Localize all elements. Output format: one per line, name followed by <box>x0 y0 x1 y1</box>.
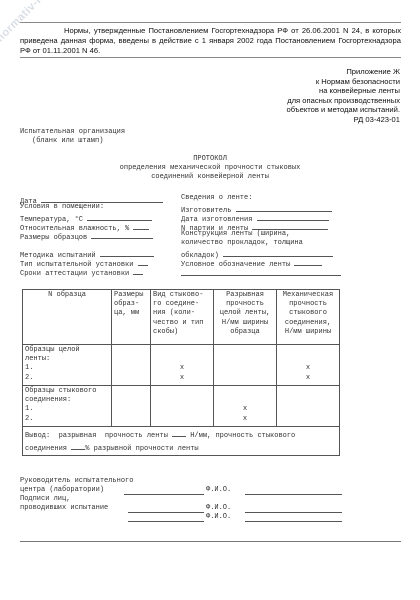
organization-label: Испытательная организация <box>20 128 125 137</box>
fio-label: Ф.И.О. <box>206 486 231 495</box>
signature-tester-1-line[interactable] <box>128 512 204 513</box>
appendix-line: объектов и методам испытаний. <box>287 105 400 115</box>
protocol-subtitle-2: соединений конвейерной ленты <box>0 173 420 182</box>
field-construction-input[interactable] <box>223 248 333 257</box>
field-sample-size: Размеры образцов <box>20 230 153 243</box>
protocol-subtitle-1: определения механической прочности стыко… <box>0 164 420 173</box>
field-manufacturer-input[interactable] <box>236 203 332 212</box>
header-belt-strength: Разрывная прочность целой ленты, Н/мм ши… <box>214 290 277 345</box>
field-construction: Конструкция ленты (ширина, <box>181 230 290 239</box>
header-joint-type: Вид стыково- го соедине- ния (коли- чест… <box>151 290 214 345</box>
top-divider <box>20 22 401 23</box>
fio-tester-1-line[interactable] <box>245 512 342 513</box>
table-row: Образцы целой ленты: 1. 2. x x x x <box>23 345 340 386</box>
table-cell[interactable]: x x <box>151 345 214 386</box>
conclusion-text-4: % разрывной прочности ленты <box>85 445 198 453</box>
field-construction-cont: количество прокладок, толщина <box>181 239 303 248</box>
fio-tester-2-line[interactable] <box>245 521 342 522</box>
protocol-heading: ПРОТОКОЛ <box>0 155 420 164</box>
organization-stamp: (бланк или штамп) <box>32 137 103 146</box>
norms-notice: Нормы, утвержденные Постановлением Госго… <box>20 26 401 56</box>
fio-label: Ф.И.О. <box>206 513 231 522</box>
signature-head-label-1: Руководитель испытательного <box>20 477 133 486</box>
bottom-divider <box>20 541 401 542</box>
appendix-doc-code: РД 03-423-01 <box>287 115 400 125</box>
conclusion-text-3: соединения <box>25 445 67 453</box>
fio-head-line[interactable] <box>245 494 342 495</box>
field-manufacture-date-input[interactable] <box>257 212 329 221</box>
table-header-row: N образца Размеры образ- ца, мм Вид стык… <box>23 290 340 345</box>
row-label-joint: Образцы стыкового соединения: 1. 2. <box>23 386 112 427</box>
field-designation-extra-line[interactable] <box>181 275 341 276</box>
appendix-title: Приложение Ж <box>287 67 400 77</box>
table-cell[interactable]: x x <box>277 345 340 386</box>
field-method-input[interactable] <box>100 248 154 257</box>
field-certification: Сроки аттестации установки <box>20 266 143 279</box>
signature-testers-label-2: проводивших испытание <box>20 504 108 513</box>
notice-divider <box>20 57 401 58</box>
field-certification-input[interactable] <box>133 266 143 275</box>
header-sample-no: N образца <box>23 290 112 345</box>
field-designation-label: Условное обозначение ленты <box>181 261 290 269</box>
table-cell[interactable] <box>112 386 151 427</box>
appendix-line: на конвейерные ленты <box>287 86 400 96</box>
signature-testers-label-1: Подписи лиц, <box>20 495 70 504</box>
signature-head-line[interactable] <box>124 494 204 495</box>
header-sample-size: Размеры образ- ца, мм <box>112 290 151 345</box>
field-sample-size-input[interactable] <box>91 230 153 239</box>
appendix-line: к Нормам безопасности <box>287 77 400 87</box>
header-joint-strength: Механическая прочность стыкового соедине… <box>277 290 340 345</box>
field-designation: Условное обозначение ленты <box>181 257 322 270</box>
table-cell[interactable] <box>214 345 277 386</box>
table-cell[interactable]: x x <box>214 386 277 427</box>
appendix-line: для опасных производственных <box>287 96 400 106</box>
table-row: Образцы стыкового соединения: 1. 2. x x <box>23 386 340 427</box>
belt-strength-input[interactable] <box>172 428 186 437</box>
fio-label: Ф.И.О. <box>206 504 231 513</box>
field-batch-input[interactable] <box>252 221 328 230</box>
joint-percent-input[interactable] <box>71 441 85 450</box>
field-rig-type-input[interactable] <box>138 257 148 266</box>
signature-head-label-2: центра (лаборатории) <box>20 486 104 495</box>
conclusion-text-2: Н/мм, прочность стыкового <box>190 432 295 440</box>
norms-line-2: приведена данная форма, введены в действ… <box>20 36 335 45</box>
conclusion-row: Вывод: разрывная прочность ленты Н/мм, п… <box>23 427 340 456</box>
norms-line-1: Нормы, утвержденные Постановлением Госго… <box>64 26 401 35</box>
field-conditions: Условия в помещении: <box>20 203 104 212</box>
row-label-whole-belt: Образцы целой ленты: 1. 2. <box>23 345 112 386</box>
appendix-reference: Приложение Ж к Нормам безопасности на ко… <box>287 67 400 125</box>
field-date-input[interactable] <box>41 194 163 203</box>
signature-tester-2-line[interactable] <box>128 521 204 522</box>
results-table: N образца Размеры образ- ца, мм Вид стык… <box>22 289 340 456</box>
belt-info-heading: Сведения о ленте: <box>181 194 252 203</box>
table-cell[interactable] <box>112 345 151 386</box>
table-cell[interactable] <box>151 386 214 427</box>
field-humidity-input[interactable] <box>133 221 149 230</box>
field-certification-label: Сроки аттестации установки <box>20 270 129 278</box>
field-temperature-input[interactable] <box>87 212 152 221</box>
field-sample-size-label: Размеры образцов <box>20 234 87 242</box>
field-designation-input[interactable] <box>294 257 322 266</box>
table-cell[interactable] <box>277 386 340 427</box>
conclusion-cell: Вывод: разрывная прочность ленты Н/мм, п… <box>23 427 340 456</box>
conclusion-text-1: Вывод: разрывная прочность ленты <box>25 432 168 440</box>
